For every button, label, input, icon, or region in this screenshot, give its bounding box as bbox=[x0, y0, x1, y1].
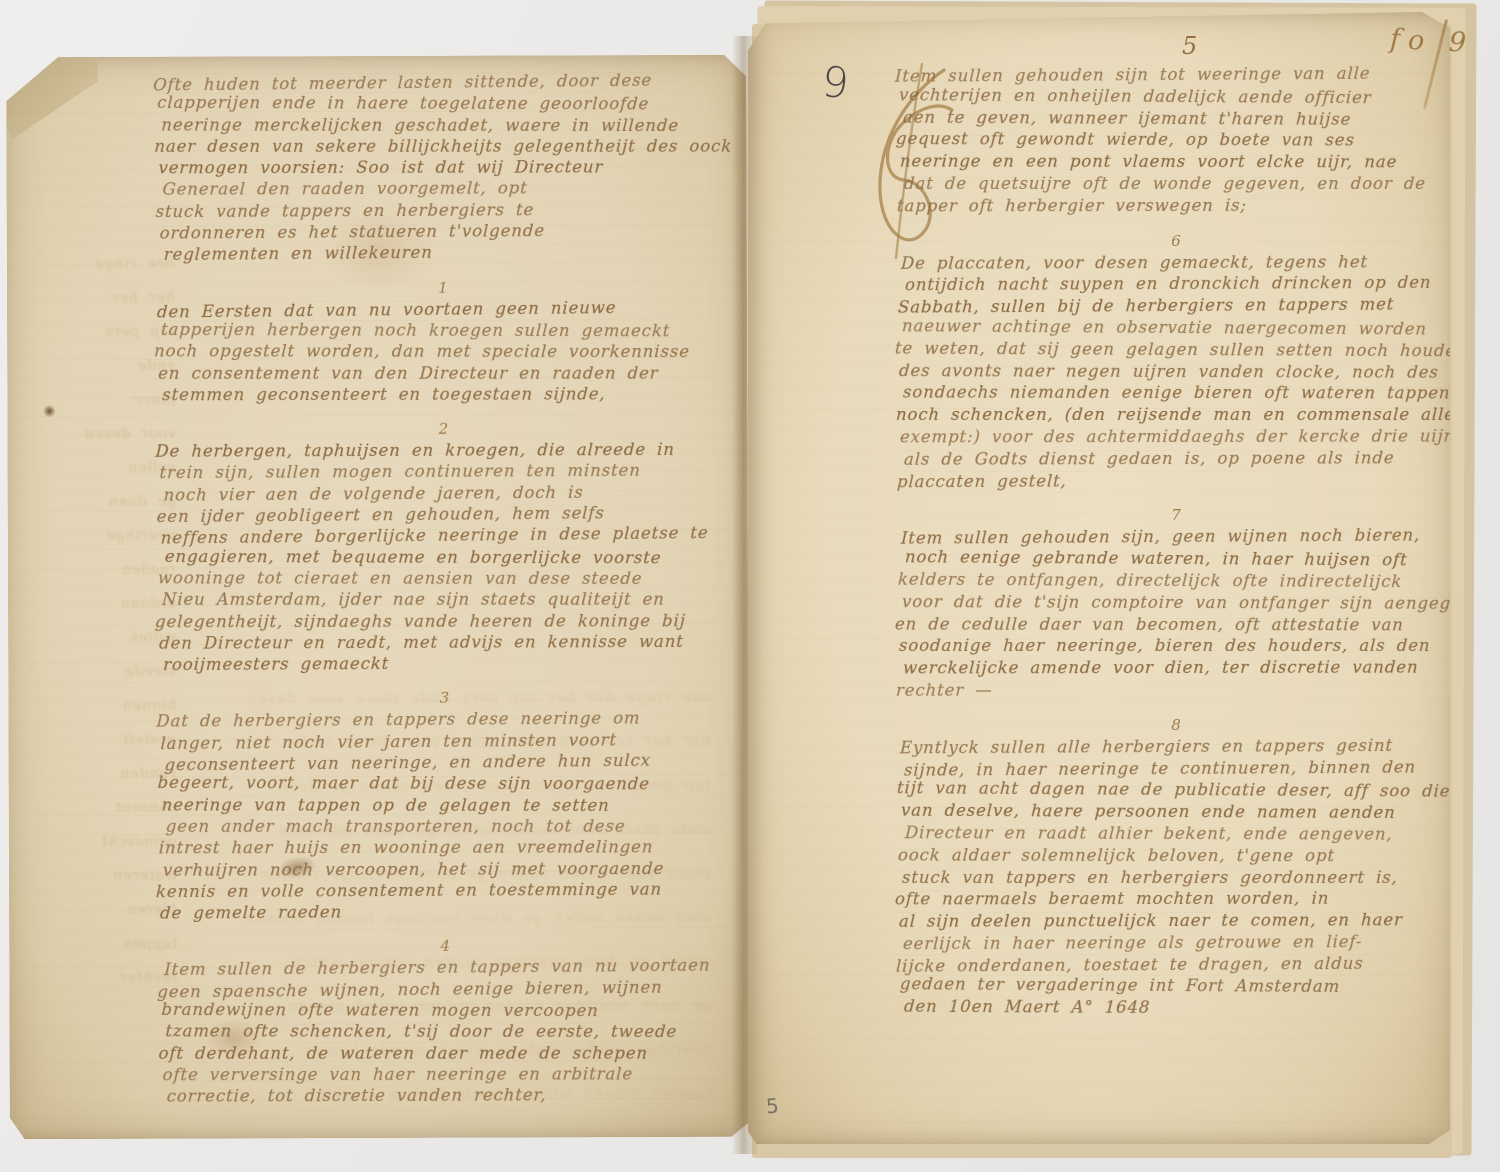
manuscript-line: des avonts naer negen uijren vanden cloc… bbox=[898, 360, 1455, 384]
manuscript-line: brandewijnen ofte wateren mogen vercoope… bbox=[161, 999, 734, 1022]
bleed-through-line: tappen bbox=[27, 927, 177, 962]
bleed-through-line: gemaeckt bbox=[27, 825, 177, 860]
manuscript-line: Directeur en raadt alhier bekent, ende a… bbox=[904, 822, 1461, 846]
bleed-through-line: sullen bbox=[25, 451, 175, 486]
bleed-through-line: tap pers bbox=[25, 315, 175, 350]
manuscript-line: reglementen en willekeuren bbox=[163, 240, 736, 266]
manuscript-page-right: Item sullen gehouden sijn tot weeringe v… bbox=[748, 12, 1450, 1144]
manuscript-line: placcaten gestelt, bbox=[896, 468, 1453, 492]
manuscript-line: De placcaten, voor desen gemaeckt, tegen… bbox=[900, 251, 1457, 275]
manuscript-line: De herbergen, taphuijsen en kroegen, die… bbox=[155, 439, 728, 462]
bleed-through-line: wateren bbox=[27, 859, 177, 894]
manuscript-line: sondaechs niemanden eenige bieren oft wa… bbox=[902, 382, 1459, 405]
manuscript-line: gequest oft gewondt wierde, op boete van… bbox=[895, 129, 1452, 153]
manuscript-line: rooijmeesters gemaeckt bbox=[163, 651, 736, 675]
manuscript-line: rechter — bbox=[895, 678, 1452, 702]
folio-ink-mark: fo 9 bbox=[1389, 24, 1475, 59]
bleed-through-line: steede bbox=[26, 655, 176, 690]
manuscript-line: exempt:) voor des achtermiddaeghs der ke… bbox=[899, 426, 1456, 449]
manuscript-line: oock aldaer solemnelijck beloven, t'gene… bbox=[897, 844, 1454, 867]
manuscript-line: tzamen ofte schencken, t'sij door de eer… bbox=[165, 1021, 738, 1043]
manuscript-line: Eyntlyck sullen alle herbergiers en tapp… bbox=[899, 734, 1456, 758]
manuscript-line: neeringe van tappen op de gelagen te set… bbox=[161, 794, 734, 816]
manuscript-line: geen ander mach transporteren, noch tot … bbox=[165, 816, 738, 837]
manuscript-paragraph: 1den Eersten dat van nu voortaen geen ni… bbox=[157, 275, 729, 405]
bleed-through-line: nee ringe bbox=[25, 247, 175, 282]
manuscript-line: engagieren, met bequaeme en borgerlijcke… bbox=[164, 546, 737, 569]
manuscript-paragraph: 6De placcaten, voor desen gemaeckt, tege… bbox=[898, 230, 1454, 492]
bleed-through-line: voor desen bbox=[25, 417, 175, 452]
section-number: 2 bbox=[157, 417, 729, 441]
manuscript-line: voor dat die t'sijn comptoire van ontfan… bbox=[901, 591, 1458, 615]
bleed-through-line: raaden bbox=[26, 553, 176, 588]
bleed-through-line: placc bbox=[25, 383, 175, 418]
manuscript-line: vechterijen en onheijlen dadelijck aende… bbox=[898, 84, 1455, 109]
section-number: 7 bbox=[898, 504, 1454, 526]
manuscript-line: en consentement van den Directeur en raa… bbox=[158, 362, 731, 383]
manuscript-line: correctie, tot discretie vanden rechter, bbox=[166, 1084, 739, 1107]
manuscript-line: neeringe en een pont vlaems voort elcke … bbox=[899, 151, 1456, 174]
bottom-pencil-number: 5 bbox=[765, 1094, 779, 1119]
manuscript-book-spread: nee ringeher bertap persendeplaccvoor de… bbox=[0, 0, 1500, 1172]
bleed-through-line: ge daen bbox=[26, 485, 176, 520]
manuscript-line: de gemelte raeden bbox=[160, 899, 733, 924]
bleed-through-line: ordonn bbox=[26, 587, 176, 622]
manuscript-line: ofte naermaels beraemt mochten worden, i… bbox=[894, 888, 1451, 911]
manuscript-line: tapperijen herbergen noch kroegen sullen… bbox=[160, 319, 733, 342]
manuscript-line: stemmen geconsenteert en toegestaen sijn… bbox=[162, 383, 735, 405]
bleed-through-line: willek bbox=[26, 621, 176, 656]
manuscript-paragraph: 2De herbergen, taphuijsen en kroegen, di… bbox=[157, 417, 730, 675]
right-page-text: Item sullen gehouden sijn tot weeringe v… bbox=[898, 64, 1454, 1032]
manuscript-line: en de cedulle daer van becomen, oft atte… bbox=[894, 613, 1451, 636]
manuscript-line: naer desen van sekere billijckheijts gel… bbox=[154, 136, 727, 157]
manuscript-line: noch opgestelt worden, dan met speciale … bbox=[154, 341, 727, 363]
manuscript-line: noch schencken, (den reijsende man en co… bbox=[895, 404, 1452, 426]
manuscript-paragraph: 7Item sullen gehouden sijn, geen wijnen … bbox=[898, 504, 1454, 700]
manuscript-paragraph: Ofte huden tot meerder lasten sittende, … bbox=[156, 71, 729, 265]
bleed-through-line: binnen bbox=[26, 689, 176, 724]
manuscript-line: kelders te ontfangen, directelijck ofte … bbox=[897, 569, 1454, 593]
manuscript-line: Generael den raaden voorgemelt, opt bbox=[162, 177, 735, 200]
manuscript-line: wooninge tot cieraet en aensien van dese… bbox=[157, 567, 730, 589]
manuscript-line: ofte verversinge van haer neeringe en ar… bbox=[162, 1063, 735, 1085]
manuscript-paragraph: Item sullen gehouden sijn tot weeringe v… bbox=[898, 64, 1454, 217]
manuscript-line: naeuwer achtinge en observatie naergecom… bbox=[901, 315, 1458, 340]
left-page-text: Ofte huden tot meerder lasten sittende, … bbox=[156, 71, 732, 1120]
manuscript-line: stuck van tappers en herbergiers geordon… bbox=[901, 867, 1458, 889]
bleed-through-line: rechter bbox=[27, 961, 177, 996]
ink-spot bbox=[43, 405, 55, 417]
bleed-through-line: consent bbox=[27, 791, 177, 826]
manuscript-line: tapper oft herbergier verswegen is; bbox=[896, 194, 1453, 217]
manuscript-line: eerlijck in haer neeringe als getrouwe e… bbox=[902, 931, 1459, 955]
manuscript-line: den Directeur en raedt, met advijs en ke… bbox=[159, 631, 732, 654]
folded-corner bbox=[6, 57, 98, 139]
manuscript-line: te weten, dat sij geen gelagen sullen se… bbox=[894, 337, 1451, 361]
bleed-through-line: vanden bbox=[27, 757, 177, 792]
manuscript-line: intrest haer huijs en wooninge aen vreem… bbox=[158, 836, 731, 858]
manuscript-line: als de Godts dienst gedaen is, op poene … bbox=[903, 447, 1460, 471]
manuscript-paragraph: 4Item sullen de herbergiers en tappers v… bbox=[159, 934, 732, 1107]
section-number: 8 bbox=[898, 714, 1454, 736]
section-number: 6 bbox=[898, 230, 1454, 252]
manuscript-line: dat de quetsuijre oft de wonde gegeven, … bbox=[903, 173, 1460, 195]
bleed-through-line: bieren bbox=[27, 893, 177, 928]
manuscript-line: oft derdehant, de wateren daer mede de s… bbox=[158, 1042, 731, 1063]
manuscript-line: aen te geven, wanneer ijemant t'haren hu… bbox=[902, 106, 1459, 130]
manuscript-line: neeringe merckelijcken geschadet, waere … bbox=[161, 114, 734, 136]
manuscript-line: vermogen voorsien: Soo ist dat wij Direc… bbox=[158, 156, 731, 178]
manuscript-line: Nieu Amsterdam, ijder nae sijn staets qu… bbox=[161, 589, 734, 610]
bleed-through-line: ende bbox=[25, 349, 175, 384]
manuscript-line: al sijn deelen punctuelijck naer te come… bbox=[898, 909, 1455, 933]
manuscript-line: neffens andere borgerlijcke neeringe in … bbox=[160, 522, 733, 549]
manuscript-line: gelegentheijt, sijndaeghs vande heeren d… bbox=[155, 610, 728, 632]
bleed-through-line: gestelt bbox=[26, 723, 176, 758]
manuscript-line: clapperijen ende in haere toegelatene ge… bbox=[157, 92, 730, 115]
bleed-through-line: neeringe bbox=[26, 519, 176, 554]
manuscript-line: werckelijcke amende voor dien, ter discr… bbox=[902, 657, 1459, 680]
manuscript-page-left: nee ringeher bertap persendeplaccvoor de… bbox=[6, 55, 750, 1140]
manuscript-line: begeert, voort, maer dat bij dese sijn v… bbox=[157, 772, 730, 795]
manuscript-line: van deselve, haere persoonen ende namen … bbox=[900, 800, 1457, 824]
section-number-five: 5 bbox=[1182, 32, 1197, 60]
bleed-through-line: her ber bbox=[25, 281, 175, 316]
manuscript-paragraph: 3Dat de herbergiers en tappers dese neer… bbox=[158, 686, 731, 923]
manuscript-line: trein sijn, sullen mogen continueren ten… bbox=[159, 460, 732, 484]
manuscript-line: verhuijren noch vercoopen, het sij met v… bbox=[162, 857, 735, 880]
manuscript-paragraph: 8Eyntlyck sullen alle herbergiers en tap… bbox=[898, 714, 1454, 1019]
manuscript-line: den 10en Maert A° 1648 bbox=[903, 996, 1460, 1020]
manuscript-line: noch eenige gebrande wateren, in haer hu… bbox=[904, 546, 1461, 571]
manuscript-line: soodanige haer neeringe, bieren des houd… bbox=[898, 635, 1455, 657]
margin-pencil-number: 9 bbox=[820, 57, 852, 109]
manuscript-line: tijt van acht dagen nae de publicatie de… bbox=[896, 778, 1453, 803]
